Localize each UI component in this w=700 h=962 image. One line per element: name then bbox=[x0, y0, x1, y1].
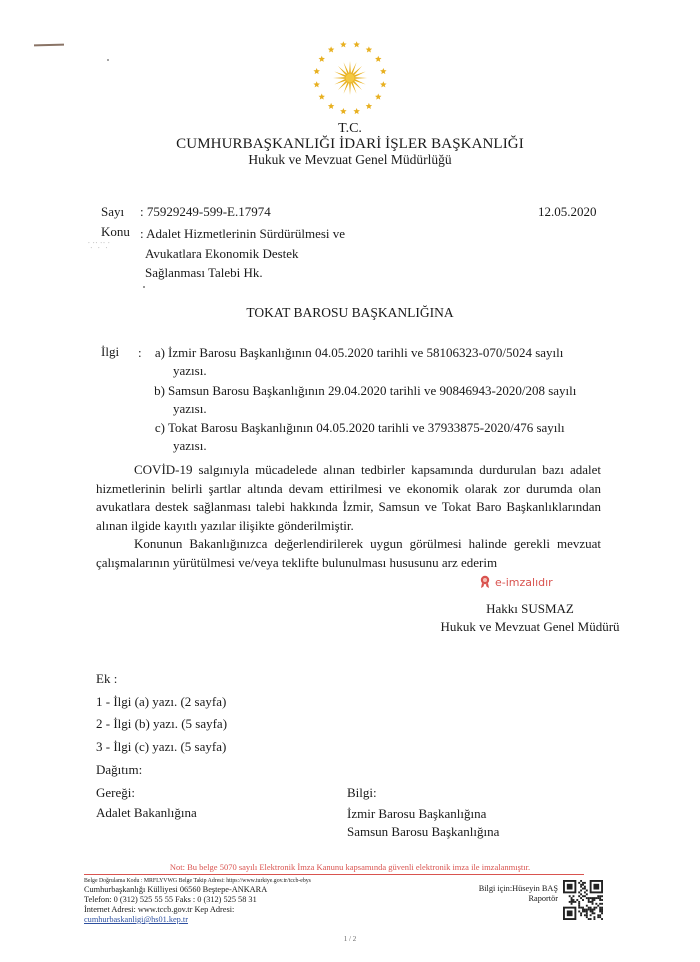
body-paragraph: Konunun Bakanlığınızca değerlendirilerek… bbox=[96, 535, 601, 572]
scan-speck bbox=[107, 59, 109, 61]
attachment-item: 1 - İlgi (a) yazı. (2 sayfa) bbox=[96, 691, 227, 714]
distribution-label: Dağıtım: bbox=[96, 762, 142, 778]
verification-code: Belge Doğrulama Kodu : MRFLYVWG Belge Ta… bbox=[84, 877, 311, 885]
e-signature-note: Not: Bu belge 5070 sayılı Elektronik İmz… bbox=[0, 862, 700, 872]
faint-stamp: ⸪⸪⸪ bbox=[88, 240, 111, 251]
page-number: 1 / 2 bbox=[0, 935, 700, 943]
konu-value: : Adalet Hizmetlerinin Sürdürülmesi ve A… bbox=[140, 224, 345, 283]
body-text: COVİD-19 salgınıyla mücadelede alınan te… bbox=[96, 461, 601, 572]
signer-name: Hakkı SUSMAZ bbox=[400, 601, 660, 617]
e-signature-badge: e-imzalıdır bbox=[480, 575, 553, 589]
ilgi-text-line: İzmir Barosu Başkanlığının 04.05.2020 ta… bbox=[168, 344, 608, 362]
header-organization: CUMHURBAŞKANLIĞI İDARİ İŞLER BAŞKANLIĞI bbox=[0, 136, 700, 153]
ribbon-badge-icon bbox=[480, 575, 490, 589]
bilgi-item: İzmir Barosu Başkanlığına bbox=[347, 805, 499, 823]
ilgi-text: Tokat Barosu Başkanlığının 04.05.2020 ta… bbox=[168, 419, 608, 455]
ilgi-text-line: yazısı. bbox=[168, 400, 608, 418]
ilgi-text-line: Tokat Barosu Başkanlığının 04.05.2020 ta… bbox=[168, 419, 608, 437]
attachments: Ek : 1 - İlgi (a) yazı. (2 sayfa) 2 - İl… bbox=[96, 668, 227, 758]
sayi-value: : 75929249-599-E.17974 bbox=[140, 204, 271, 220]
ilgi-item: b) Samsun Barosu Başkanlığının 29.04.202… bbox=[138, 382, 608, 418]
footer-info-contact: Bilgi için:Hüseyin BAŞ Raportör bbox=[448, 884, 558, 904]
gereği-label: Gereği: bbox=[96, 785, 135, 801]
ilgi-list: : a) İzmir Barosu Başkanlığının 04.05.20… bbox=[138, 344, 608, 457]
document-date: 12.05.2020 bbox=[538, 204, 597, 220]
signer-title: Hukuk ve Mevzuat Genel Müdürü bbox=[400, 619, 660, 635]
ilgi-item: : a) İzmir Barosu Başkanlığının 04.05.20… bbox=[138, 344, 608, 380]
qr-code-icon[interactable] bbox=[563, 880, 603, 920]
konu-line: : Adalet Hizmetlerinin Sürdürülmesi ve bbox=[140, 224, 345, 244]
info-contact-name: Bilgi için:Hüseyin BAŞ bbox=[448, 884, 558, 894]
bilgi-item: Samsun Barosu Başkanlığına bbox=[347, 823, 499, 841]
ilgi-letter: a) bbox=[148, 344, 168, 380]
footer-internet: İnternet Adresi: www.tccb.gov.tr Kep Adr… bbox=[84, 905, 311, 915]
ilgi-text-line: yazısı. bbox=[168, 437, 608, 455]
footer-divider bbox=[84, 874, 584, 875]
scan-speck bbox=[143, 286, 145, 288]
konu-label: Konu bbox=[101, 224, 130, 240]
konu-line: Sağlanması Talebi Hk. bbox=[140, 263, 345, 283]
attachments-label: Ek : bbox=[96, 668, 227, 691]
attachment-item: 3 - İlgi (c) yazı. (5 sayfa) bbox=[96, 736, 227, 759]
body-paragraph: COVİD-19 salgınıyla mücadelede alınan te… bbox=[96, 461, 601, 535]
header-tc: T.C. bbox=[0, 121, 700, 137]
bilgi-list: İzmir Barosu Başkanlığına Samsun Barosu … bbox=[347, 805, 499, 840]
ilgi-letter: b) bbox=[148, 382, 168, 418]
gereği-list: Adalet Bakanlığına bbox=[96, 805, 197, 821]
e-signature-label: e-imzalıdır bbox=[495, 576, 553, 589]
kep-address-link[interactable]: cumhurbaskanligi@hs01.kep.tr bbox=[84, 915, 188, 924]
ilgi-letter: c) bbox=[148, 419, 168, 455]
sayi-label: Sayı bbox=[101, 204, 124, 220]
ilgi-text-line: yazısı. bbox=[168, 362, 608, 380]
ilgi-text-line: Samsun Barosu Başkanlığının 29.04.2020 t… bbox=[168, 382, 608, 400]
attachment-item: 2 - İlgi (b) yazı. (5 sayfa) bbox=[96, 713, 227, 736]
ilgi-text: Samsun Barosu Başkanlığının 29.04.2020 t… bbox=[168, 382, 608, 418]
ilgi-colon: : bbox=[138, 344, 148, 380]
gereği-item: Adalet Bakanlığına bbox=[96, 805, 197, 821]
addressee: TOKAT BAROSU BAŞKANLIĞINA bbox=[0, 305, 700, 321]
header-department: Hukuk ve Mevzuat Genel Müdürlüğü bbox=[0, 152, 700, 168]
footer-phone: Telefon: 0 (312) 525 55 55 Faks : 0 (312… bbox=[84, 895, 311, 905]
bilgi-label: Bilgi: bbox=[347, 785, 377, 801]
footer-contact: Belge Doğrulama Kodu : MRFLYVWG Belge Ta… bbox=[84, 877, 311, 925]
ilgi-text: İzmir Barosu Başkanlığının 04.05.2020 ta… bbox=[168, 344, 608, 380]
pen-mark bbox=[34, 44, 64, 47]
info-contact-role: Raportör bbox=[448, 894, 558, 904]
ilgi-item: c) Tokat Barosu Başkanlığının 04.05.2020… bbox=[138, 419, 608, 455]
ilgi-label: İlgi bbox=[101, 344, 119, 360]
konu-line: Avukatlara Ekonomik Destek bbox=[140, 244, 345, 264]
presidential-seal-icon bbox=[298, 38, 402, 118]
footer-address: Cumhurbaşkanlığı Külliyesi 06560 Beştepe… bbox=[84, 885, 311, 895]
